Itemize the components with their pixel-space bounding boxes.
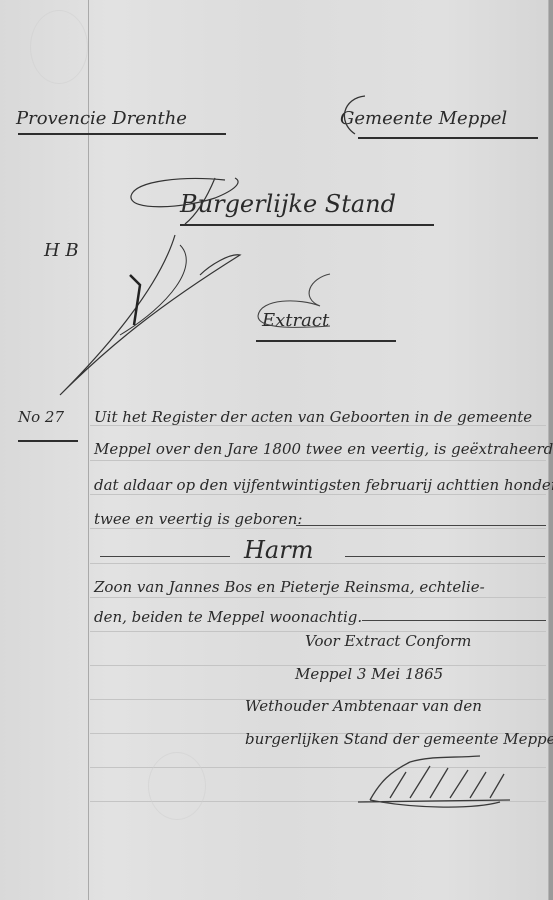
parents-line-1: Zoon van Jannes Bos en Pieterje Reinsma,… bbox=[94, 578, 485, 596]
fill-line bbox=[362, 620, 546, 621]
subtitle-underline bbox=[256, 340, 396, 342]
fill-line-left bbox=[100, 556, 230, 557]
municipality-underline bbox=[358, 137, 538, 139]
seal-stamp-top bbox=[30, 10, 88, 84]
province-underline bbox=[18, 133, 226, 135]
fill-line bbox=[296, 525, 546, 526]
official-line-2: burgerlijken Stand der gemeente Meppel bbox=[245, 730, 553, 748]
body-line-1: Uit het Register der acten van Geboorten… bbox=[94, 408, 532, 426]
ruled-line bbox=[90, 460, 546, 461]
flourish-g bbox=[335, 92, 375, 142]
body-line-2: Meppel over den Jare 1800 twee en veerti… bbox=[94, 440, 553, 458]
body-line-3: dat aldaar op den vijfentwintigsten febr… bbox=[94, 476, 553, 494]
document-page: Provencie Drenthe Gemeente Meppel Burger… bbox=[0, 0, 553, 900]
signature bbox=[350, 752, 520, 812]
ruled-line bbox=[90, 494, 546, 495]
flourish-b bbox=[125, 172, 275, 232]
record-number: No 27 bbox=[18, 408, 64, 426]
flourish-e bbox=[250, 268, 360, 338]
province-label: Provencie Drenthe bbox=[16, 108, 187, 129]
parents-line-2: den, beiden te Meppel woonachtig. bbox=[94, 608, 362, 626]
monogram-flourish bbox=[50, 225, 250, 405]
ruled-line bbox=[90, 528, 546, 529]
official-line-1: Wethouder Ambtenaar van den bbox=[245, 697, 482, 715]
record-number-underline bbox=[18, 440, 78, 442]
body-line-4: twee en veertig is geboren: bbox=[94, 510, 302, 528]
margin-line bbox=[88, 0, 89, 900]
ruled-line bbox=[90, 563, 546, 564]
child-name: Harm bbox=[244, 536, 313, 564]
place-date: Meppel 3 Mei 1865 bbox=[295, 665, 443, 683]
seal-stamp-bottom bbox=[148, 752, 206, 820]
conformity-text: Voor Extract Conform bbox=[305, 632, 471, 650]
fill-line-right bbox=[345, 556, 545, 557]
ruled-line bbox=[90, 597, 546, 598]
